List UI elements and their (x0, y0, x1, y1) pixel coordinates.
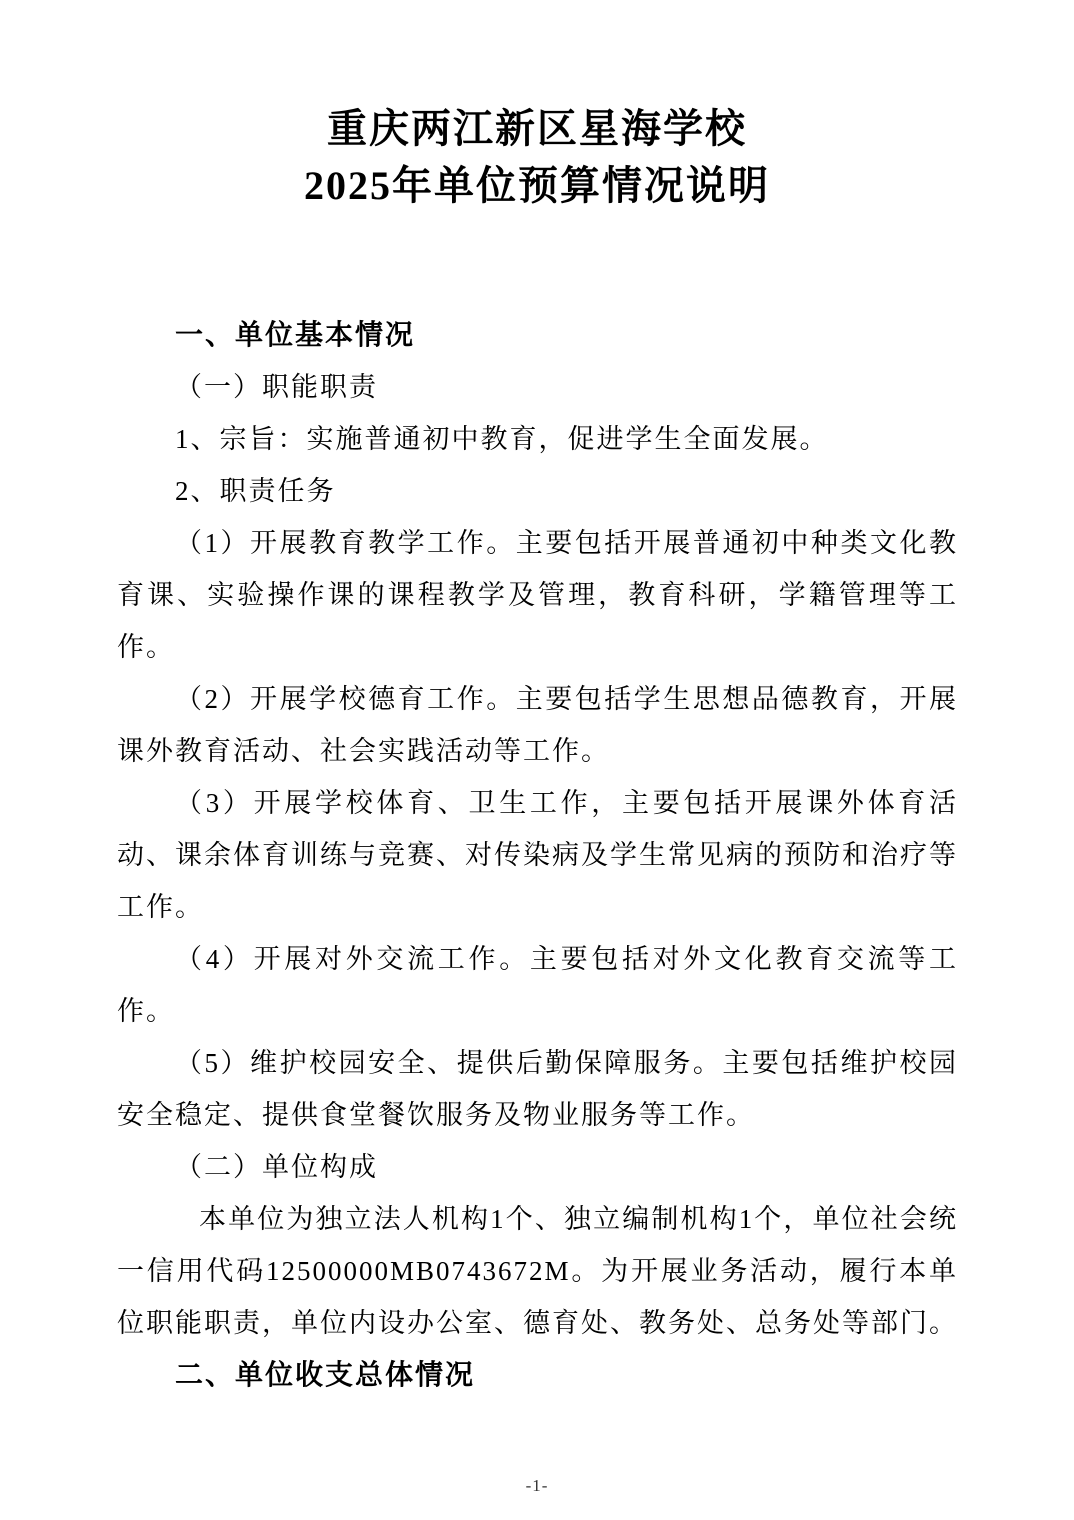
heading-section-2: 二、单位收支总体情况 (117, 1349, 958, 1401)
subheading-1-2-composition: （二）单位构成 (117, 1141, 958, 1193)
subheading-1-1-duties: （一）职能职责 (117, 361, 958, 413)
para-duties-intro: 2、职责任务 (117, 465, 958, 517)
document-title-line2: 2025年单位预算情况说明 (0, 157, 1074, 214)
para-duty-5-security: （5）维护校园安全、提供后勤保障服务。主要包括维护校园安全稳定、提供食堂餐饮服务… (117, 1037, 958, 1141)
para-duty-3-sports: （3）开展学校体育、卫生工作，主要包括开展课外体育活动、课余体育训练与竞赛、对传… (117, 777, 958, 933)
page-number: -1- (0, 1476, 1074, 1496)
heading-section-1: 一、单位基本情况 (117, 309, 958, 361)
para-purpose: 1、宗旨：实施普通初中教育，促进学生全面发展。 (117, 413, 958, 465)
para-duty-4-exchange: （4）开展对外交流工作。主要包括对外文化教育交流等工作。 (117, 933, 958, 1037)
document-title: 重庆两江新区星海学校 2025年单位预算情况说明 (0, 0, 1074, 214)
para-unit-composition: 本单位为独立法人机构1个、独立编制机构1个，单位社会统一信用代码12500000… (117, 1193, 958, 1349)
document-title-line1: 重庆两江新区星海学校 (0, 100, 1074, 157)
para-duty-2-moral: （2）开展学校德育工作。主要包括学生思想品德教育，开展课外教育活动、社会实践活动… (117, 673, 958, 777)
document-page: 重庆两江新区星海学校 2025年单位预算情况说明 一、单位基本情况 （一）职能职… (0, 0, 1074, 1520)
para-duty-1-teaching: （1）开展教育教学工作。主要包括开展普通初中种类文化教育课、实验操作课的课程教学… (117, 517, 958, 673)
document-body: 一、单位基本情况 （一）职能职责 1、宗旨：实施普通初中教育，促进学生全面发展。… (117, 309, 958, 1401)
